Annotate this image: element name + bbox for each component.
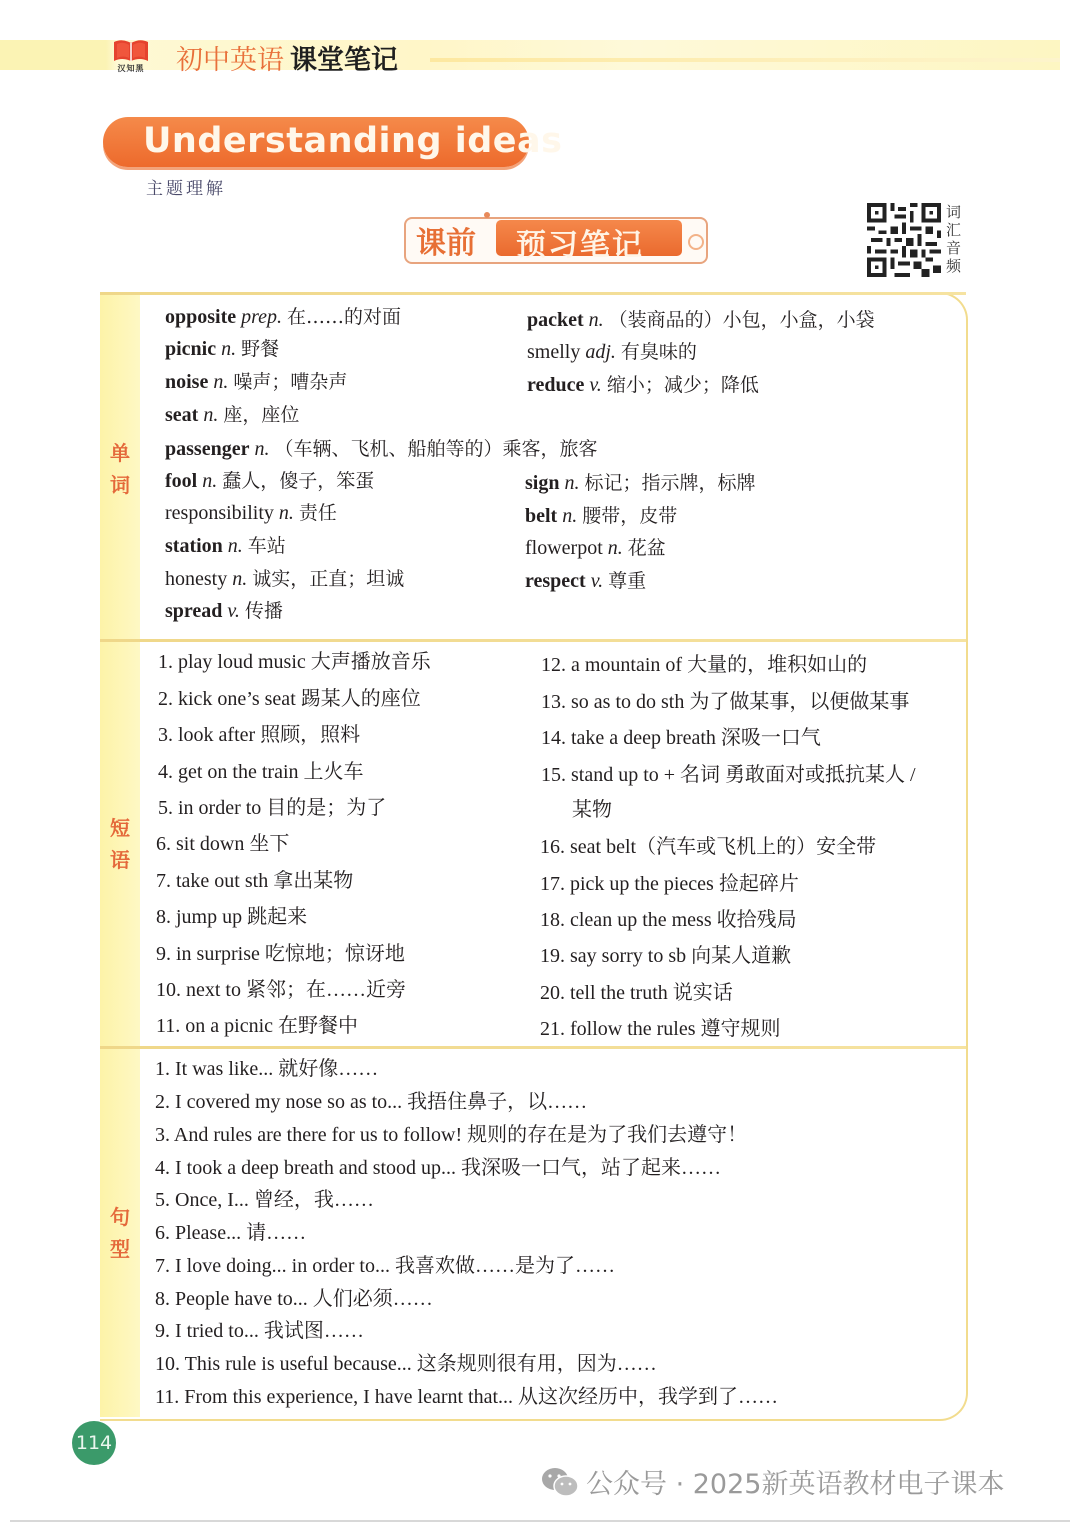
- preview-notes-badge: 课前 预习笔记: [404, 212, 709, 264]
- sentence-item: 9. I tried to... 我试图……: [155, 1319, 364, 1343]
- vocab-item: sign n. 标记；指示牌，标牌: [525, 471, 755, 495]
- vocab-word: fool: [165, 470, 197, 492]
- vocab-word: spread: [165, 600, 222, 622]
- vocab-meaning: 座，座位: [223, 404, 299, 426]
- watermark: 公众号 · 2025新英语教材电子课本: [540, 1462, 1004, 1501]
- vocab-item: picnic n. 野餐: [165, 337, 279, 361]
- vocab-pos: v.: [589, 374, 601, 396]
- side-label-char: 词: [107, 469, 133, 501]
- series-title: 初中英语课堂笔记: [176, 38, 398, 77]
- phrase-item: 4. get on the train 上火车: [158, 760, 364, 784]
- section-title: Understanding ideas: [143, 121, 562, 161]
- vocab-word: passenger: [165, 438, 249, 460]
- phrase-item: 8. jump up 跳起来: [156, 905, 307, 929]
- vocab-item: responsibility n. 责任: [165, 501, 337, 525]
- vocab-word: picnic: [165, 338, 216, 360]
- vocab-meaning: 责任: [299, 502, 337, 524]
- vocab-word: belt: [525, 505, 557, 527]
- sentence-item: 6. Please... 请……: [155, 1221, 306, 1245]
- vocab-item: noise n. 噪声；嘈杂声: [165, 370, 347, 394]
- vocab-item: opposite prep. 在……的对面: [165, 305, 401, 329]
- publisher-name: 汉知黑: [110, 63, 152, 74]
- side-label-char: 短: [107, 812, 133, 844]
- phrase-item: 19. say sorry to sb 向某人道歉: [540, 944, 791, 968]
- section-subtitle: 主题理解: [146, 174, 226, 199]
- vocab-item: packet n. （装商品的）小包，小盒，小袋: [527, 308, 875, 332]
- section-title-pill: Understanding ideas: [103, 117, 529, 167]
- phrase-item: 14. take a deep breath 深吸一口气: [541, 726, 821, 750]
- vocab-word: reduce: [527, 374, 584, 396]
- vocab-word: flowerpot: [525, 537, 603, 559]
- vocab-item: fool n. 蠢人，傻子，笨蛋: [165, 469, 374, 493]
- vocab-meaning: （车辆、飞机、船舶等的）乘客，旅客: [274, 438, 597, 460]
- vocab-word: packet: [527, 309, 584, 331]
- badge-label-before-class: 课前: [416, 218, 476, 262]
- watermark-text: 公众号 · 2025新英语教材电子课本: [586, 1469, 1004, 1500]
- vocab-pos: prep.: [241, 306, 282, 328]
- vocab-word: smelly: [527, 341, 580, 363]
- vocab-pos: adj.: [585, 341, 616, 363]
- card-top-rule: [100, 292, 966, 295]
- phrase-item: 1. play loud music 大声播放音乐: [158, 650, 431, 674]
- vocab-pos: n.: [279, 502, 294, 524]
- divider-vocab-phrases: [100, 639, 966, 642]
- vocab-pos: n.: [254, 438, 269, 460]
- side-label-vocabulary: 单 词: [107, 437, 133, 501]
- phrase-item: 17. pick up the pieces 捡起碎片: [540, 872, 799, 896]
- vocab-item: reduce v. 缩小；减少；降低: [527, 373, 759, 397]
- phrase-item: 3. look after 照顾，照料: [158, 723, 360, 747]
- page-number: 114: [72, 1421, 116, 1465]
- sentence-item: 2. I covered my nose so as to... 我捂住鼻子，以…: [155, 1090, 587, 1114]
- vocab-pos: n.: [589, 309, 604, 331]
- series-title-book: 课堂笔记: [290, 45, 398, 76]
- badge-ring-decoration: [688, 234, 704, 250]
- header-rule: [430, 58, 1060, 62]
- sentence-item: 11. From this experience, I have learnt …: [155, 1385, 778, 1409]
- vocab-meaning: 有臭味的: [621, 341, 697, 363]
- vocab-pos: n.: [564, 472, 579, 494]
- side-label-phrases: 短 语: [107, 812, 133, 876]
- side-label-char: 语: [107, 844, 133, 876]
- badge-dot-decoration: [484, 212, 490, 218]
- qr-label-vocab-audio: 词汇音频: [946, 203, 966, 275]
- vocab-pos: v.: [591, 570, 603, 592]
- side-label-char: 句: [107, 1201, 133, 1233]
- vocab-item: respect v. 尊重: [525, 569, 646, 593]
- vocab-meaning: 在……的对面: [287, 306, 401, 328]
- vocab-word: honesty: [165, 568, 227, 590]
- badge-label-box: 预习笔记: [496, 220, 682, 256]
- sentence-item: 7. I love doing... in order to... 我喜欢做………: [155, 1254, 615, 1278]
- sentence-item: 5. Once, I... 曾经，我……: [155, 1188, 374, 1212]
- phrase-item: 11. on a picnic 在野餐中: [156, 1014, 358, 1038]
- phrase-item-continuation: 某物: [572, 798, 612, 822]
- vocab-meaning: 野餐: [241, 338, 279, 360]
- vocab-word: noise: [165, 371, 208, 393]
- sentence-item: 1. It was like... 就好像……: [155, 1057, 378, 1081]
- vocab-pos: v.: [227, 600, 239, 622]
- phrase-item: 10. next to 紧邻；在……近旁: [156, 978, 406, 1002]
- vocab-meaning: 花盆: [628, 537, 666, 559]
- vocab-pos: n.: [213, 371, 228, 393]
- vocab-item: honesty n. 诚实，正直；坦诚: [165, 567, 404, 591]
- vocab-pos: n.: [202, 470, 217, 492]
- vocab-word: responsibility: [165, 502, 274, 524]
- vocab-item: flowerpot n. 花盆: [525, 536, 666, 560]
- bottom-rule: [10, 1520, 1070, 1522]
- badge-label-preview-notes: 预习笔记: [516, 220, 644, 264]
- phrase-item: 9. in surprise 吃惊地；惊讶地: [156, 942, 405, 966]
- phrase-item: 20. tell the truth 说实话: [540, 981, 733, 1005]
- phrase-item: 13. so as to do sth 为了做某事，以便做某事: [541, 690, 909, 714]
- phrase-item: 6. sit down 坐下: [156, 832, 289, 856]
- vocab-pos: n.: [562, 505, 577, 527]
- phrase-item: 5. in order to 目的是；为了: [158, 796, 386, 820]
- side-label-sentences: 句 型: [107, 1201, 133, 1265]
- vocab-meaning: 蠢人，傻子，笨蛋: [222, 470, 374, 492]
- phrase-item: 21. follow the rules 遵守规则: [540, 1017, 781, 1041]
- vocab-meaning: 缩小；减少；降低: [607, 374, 759, 396]
- vocab-word: seat: [165, 404, 198, 426]
- vocab-word: opposite: [165, 306, 236, 328]
- vocab-pos: n.: [228, 535, 243, 557]
- vocab-meaning: 尊重: [608, 570, 646, 592]
- vocab-item: station n. 车站: [165, 534, 286, 558]
- vocab-pos: n.: [608, 537, 623, 559]
- book-icon: [112, 38, 150, 62]
- header-band: [0, 40, 1060, 70]
- sentence-item: 4. I took a deep breath and stood up... …: [155, 1156, 721, 1180]
- vocab-word: respect: [525, 570, 586, 592]
- qr-code-icon[interactable]: [866, 203, 942, 277]
- vocab-pos: n.: [221, 338, 236, 360]
- vocab-meaning: 诚实，正直；坦诚: [252, 568, 404, 590]
- divider-phrases-sentences: [100, 1046, 966, 1049]
- vocab-meaning: 噪声；嘈杂声: [233, 371, 347, 393]
- phrase-item: 12. a mountain of 大量的，堆积如山的: [541, 653, 867, 677]
- sentence-item: 10. This rule is useful because... 这条规则很…: [155, 1352, 657, 1376]
- phrase-item: 2. kick one’s seat 踢某人的座位: [158, 687, 421, 711]
- vocab-pos: n.: [203, 404, 218, 426]
- vocab-meaning: 传播: [245, 600, 283, 622]
- vocab-meaning: 腰带，皮带: [582, 505, 677, 527]
- sentence-item: 3. And rules are there for us to follow!…: [155, 1123, 747, 1147]
- side-label-char: 单: [107, 437, 133, 469]
- vocab-item: spread v. 传播: [165, 599, 283, 623]
- vocab-word: station: [165, 535, 223, 557]
- vocab-meaning: 标记；指示牌，标牌: [584, 472, 755, 494]
- phrase-item: 7. take out sth 拿出某物: [156, 869, 353, 893]
- phrase-item: 15. stand up to + 名词 勇敢面对或抵抗某人 /: [541, 763, 916, 787]
- series-title-subject: 初中英语: [176, 45, 284, 76]
- vocab-item: seat n. 座，座位: [165, 403, 299, 427]
- vocab-word: sign: [525, 472, 559, 494]
- phrase-item: 18. clean up the mess 收拾残局: [540, 908, 797, 932]
- vocab-item: passenger n. （车辆、飞机、船舶等的）乘客，旅客: [165, 437, 597, 461]
- vocab-pos: n.: [232, 568, 247, 590]
- publisher-logo: 汉知黑: [110, 38, 152, 74]
- vocab-meaning: （装商品的）小包，小盒，小袋: [609, 309, 875, 331]
- sentence-item: 8. People have to... 人们必须……: [155, 1287, 433, 1311]
- phrase-item: 16. seat belt（汽车或飞机上的）安全带: [540, 835, 876, 859]
- vocab-item: smelly adj. 有臭味的: [527, 340, 697, 364]
- wechat-icon: [540, 1467, 580, 1497]
- vocab-meaning: 车站: [248, 535, 286, 557]
- side-label-char: 型: [107, 1233, 133, 1265]
- vocab-item: belt n. 腰带，皮带: [525, 504, 677, 528]
